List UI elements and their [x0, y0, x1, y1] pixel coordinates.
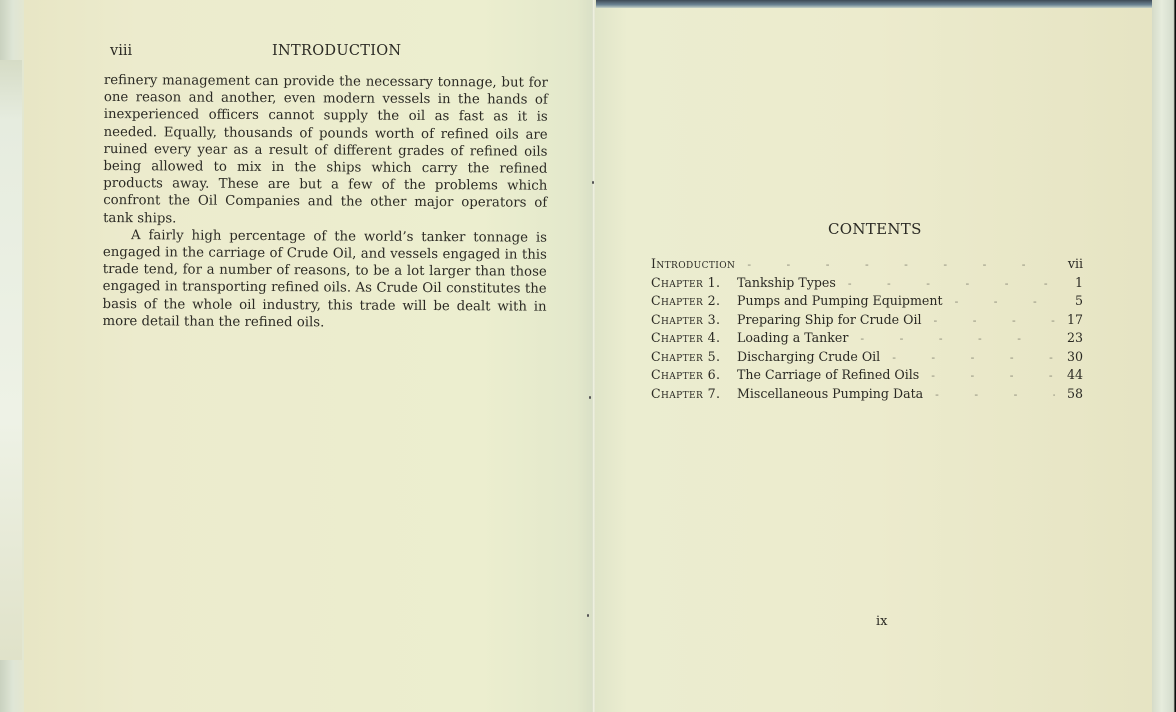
toc-leader: - - - - - - - - - - - - - - - - - - - - — [848, 332, 1055, 345]
toc-entry: Chapter 4. Loading a Tanker - - - - - - … — [651, 330, 1083, 349]
toc-label: Chapter 6. — [651, 367, 737, 382]
paragraph: A fairly high percentage of the world’s … — [102, 227, 547, 333]
toc-title: Loading a Tanker — [737, 330, 848, 345]
toc-title: Tankship Types — [737, 275, 836, 290]
toc-label: Chapter 5. — [651, 349, 737, 364]
binding-stitch — [592, 181, 594, 184]
toc-entry: Chapter 3. Preparing Ship for Crude Oil … — [651, 312, 1083, 331]
toc-entry: Introduction - - - - - - - - - - - - - -… — [651, 256, 1083, 275]
toc-page: 30 — [1055, 349, 1083, 364]
toc-label: Chapter 7. — [651, 386, 737, 401]
toc-page: 17 — [1055, 312, 1083, 327]
left-page-number: viii — [110, 43, 132, 59]
book-edge-left — [0, 0, 26, 712]
toc-label: Chapter 4. — [651, 330, 737, 345]
toc-title: Discharging Crude Oil — [737, 349, 880, 364]
right-page-number: ix — [876, 614, 888, 629]
cover-edge-top — [596, 0, 1156, 8]
toc-entry: Chapter 7. Miscellaneous Pumping Data - … — [651, 386, 1083, 405]
toc-entry: Chapter 6. The Carriage of Refined Oils … — [651, 367, 1083, 386]
introduction-text: refinery management can provide the nece… — [102, 72, 548, 333]
toc-leader: - - - - - - - - - - - - - - - - - - - - — [735, 258, 1055, 271]
toc-title: Preparing Ship for Crude Oil — [737, 312, 922, 327]
toc-leader: - - - - - - - - - - - - - - - - - - - - — [836, 277, 1055, 290]
toc-entry: Chapter 1. Tankship Types - - - - - - - … — [651, 275, 1083, 294]
toc-leader: - - - - - - - - - - - - - - - - - - - - — [880, 351, 1055, 364]
toc-leader: - - - - - - - - - - - - - - - - - - - - — [922, 314, 1055, 327]
toc-page: 5 — [1055, 293, 1083, 308]
toc-leader: - - - - - - - - - - - - - - - - - - - - — [919, 369, 1055, 382]
toc-page: 1 — [1055, 275, 1083, 290]
toc-label: Introduction — [651, 256, 735, 271]
paragraph: refinery management can provide the nece… — [103, 72, 548, 230]
table-of-contents: Introduction - - - - - - - - - - - - - -… — [651, 256, 1083, 404]
toc-title: Miscellaneous Pumping Data — [737, 386, 923, 401]
running-head: INTRODUCTION — [272, 43, 401, 59]
toc-leader: - - - - - - - - - - - - - - - - - - - - — [943, 295, 1055, 308]
toc-label: Chapter 1. — [651, 275, 737, 290]
toc-page: 58 — [1055, 386, 1083, 401]
toc-page: 44 — [1055, 367, 1083, 382]
book-edge-right — [1152, 0, 1176, 712]
toc-label: Chapter 2. — [651, 293, 737, 308]
book-gutter — [592, 0, 595, 712]
toc-title: The Carriage of Refined Oils — [737, 367, 919, 382]
contents-heading: CONTENTS — [828, 220, 922, 238]
toc-entry: Chapter 5. Discharging Crude Oil - - - -… — [651, 349, 1083, 368]
toc-label: Chapter 3. — [651, 312, 737, 327]
binding-stitch — [589, 396, 591, 399]
toc-leader: - - - - - - - - - - - - - - - - - - - - — [923, 388, 1055, 401]
toc-page: vii — [1055, 256, 1083, 271]
binding-stitch — [587, 614, 589, 617]
toc-page: 23 — [1055, 330, 1083, 345]
toc-title: Pumps and Pumping Equipment — [737, 293, 943, 308]
toc-entry: Chapter 2. Pumps and Pumping Equipment -… — [651, 293, 1083, 312]
